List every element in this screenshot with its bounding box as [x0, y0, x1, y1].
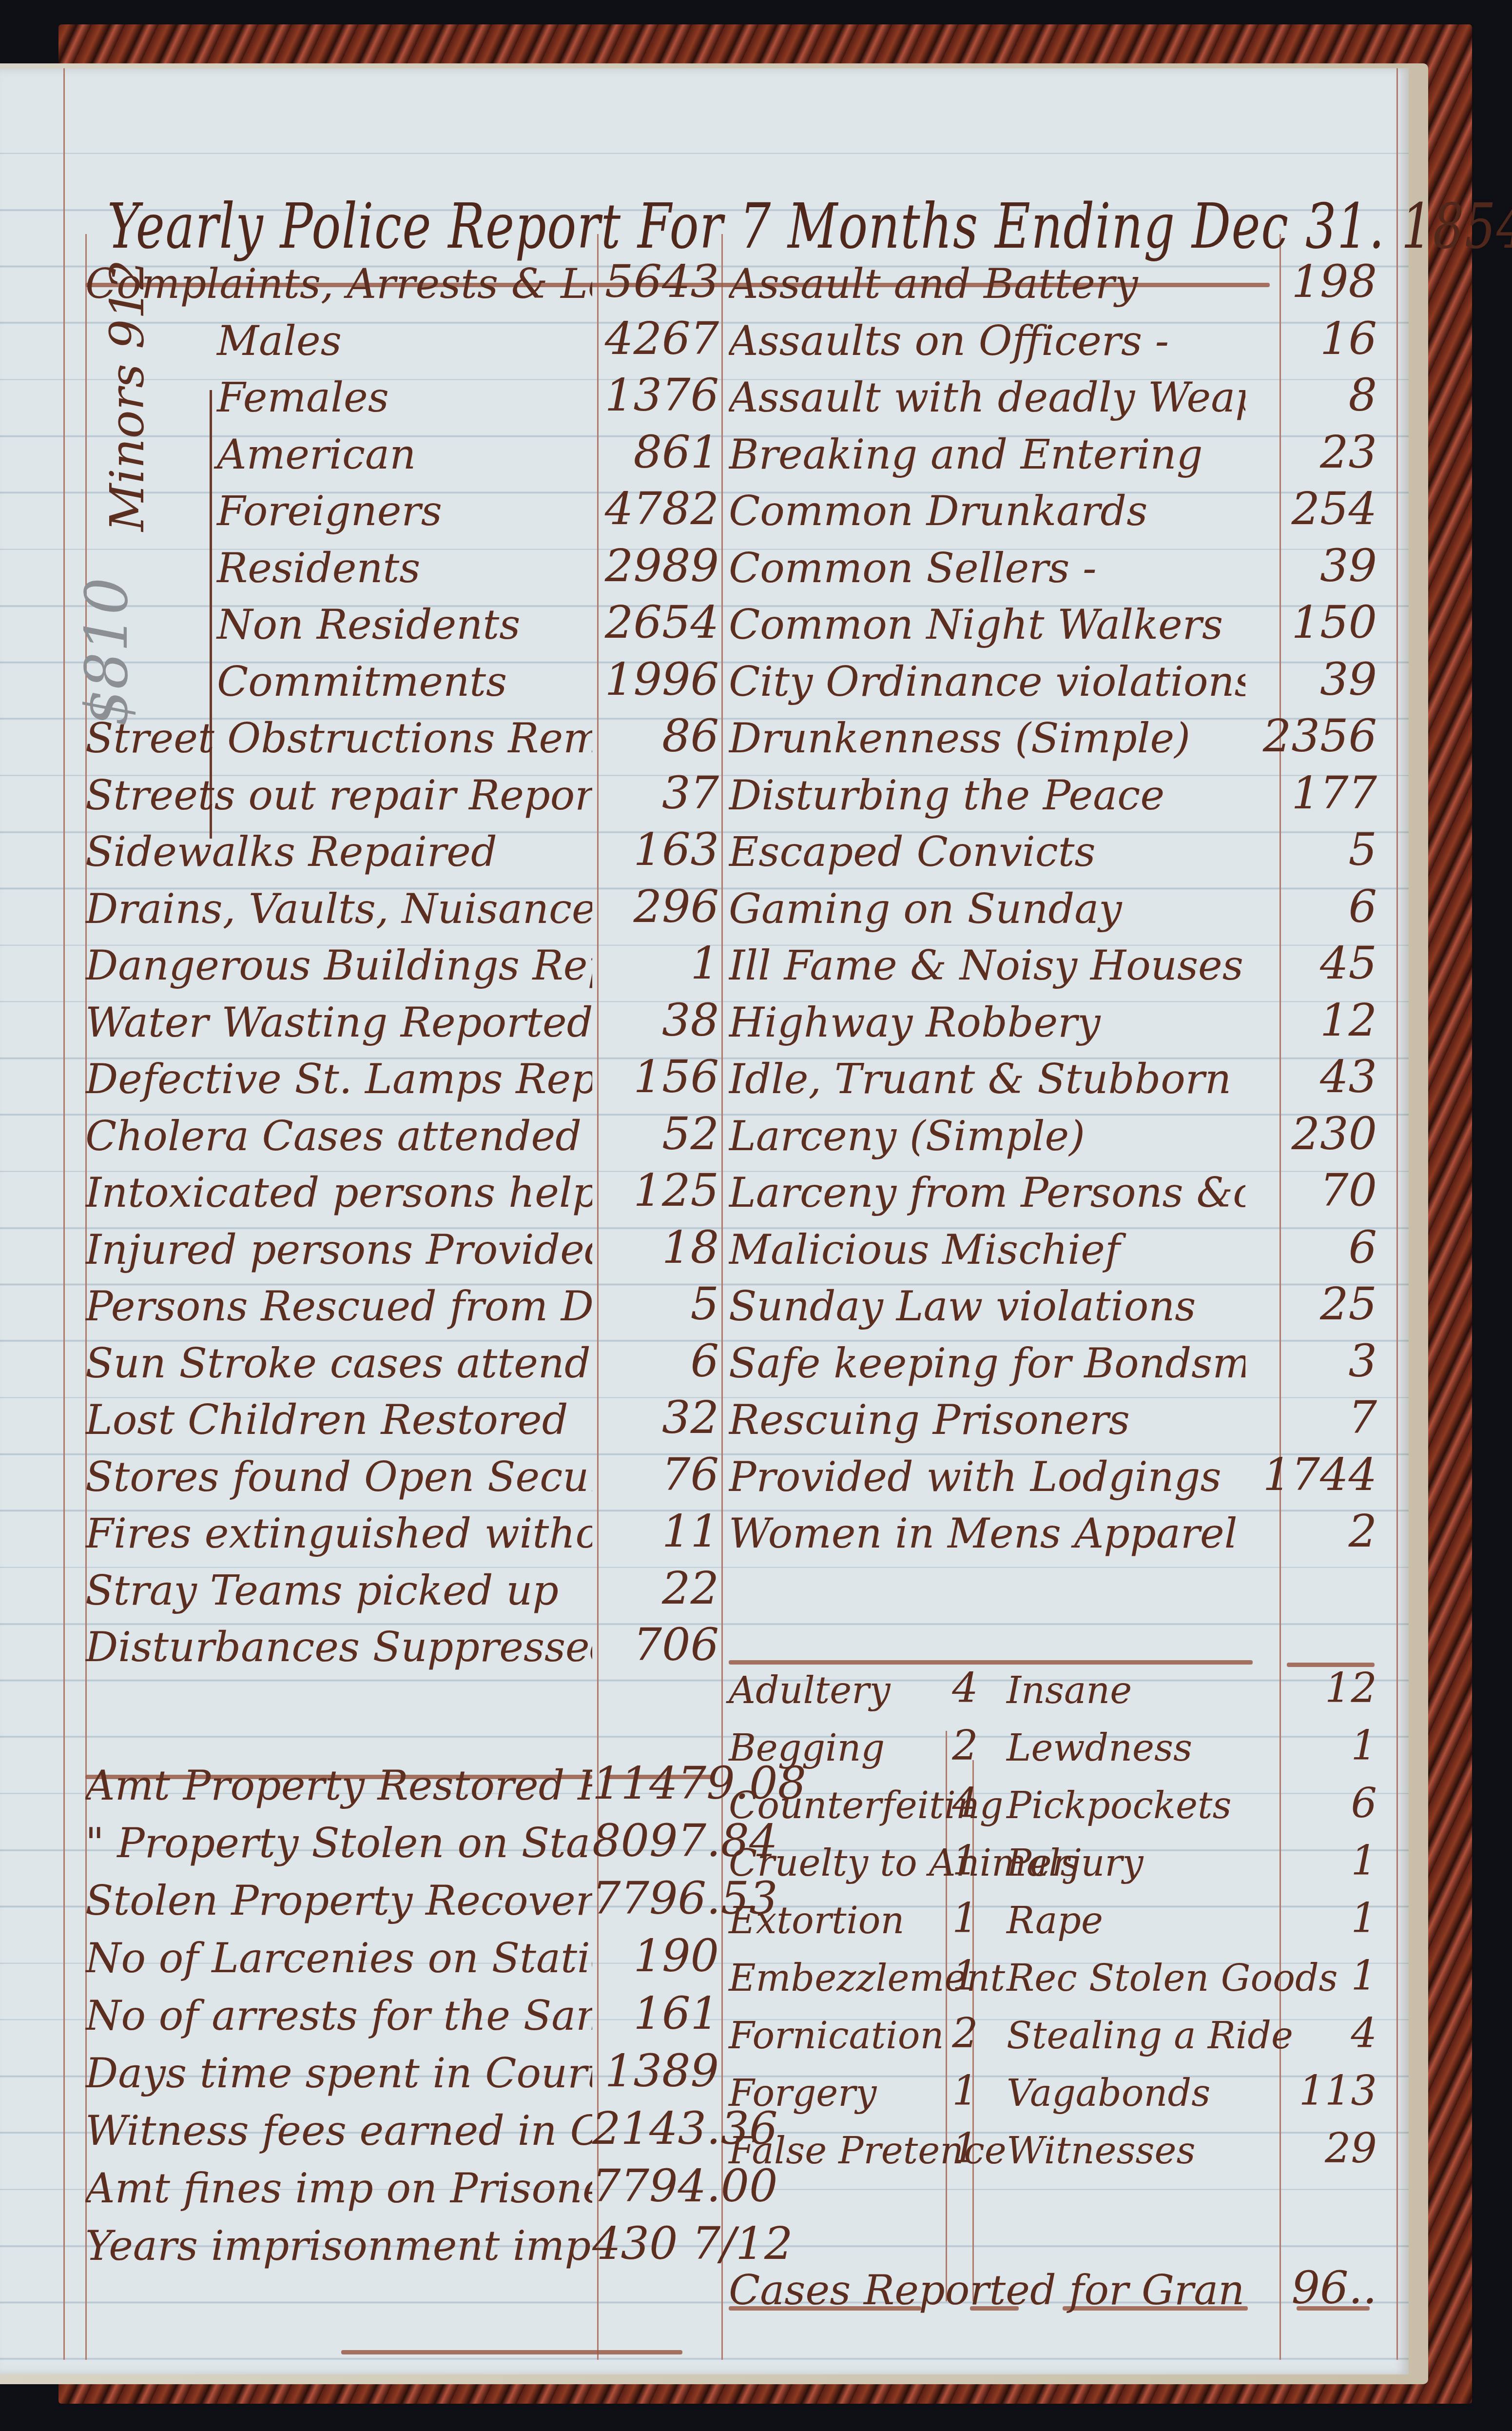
financial-entry-row: " Property Stolen on Station $8097.84 — [85, 1810, 724, 1867]
offense-row-label: Safe keeping for Bondsmen — [729, 1339, 1245, 1387]
left-entry-row: Stray Teams picked up22 — [85, 1558, 724, 1614]
left-entry-row: American861 — [85, 422, 724, 478]
left-entry-row-value: 32 — [592, 1392, 719, 1444]
left-entry-row-label: Males — [85, 317, 592, 365]
offense-subtable-row: Forgery1Vagabonds113 — [729, 2058, 1382, 2115]
offense-b-value: 1 — [1260, 1837, 1377, 1884]
offense-row: Idle, Truant & Stubborn Children43 — [729, 1046, 1382, 1103]
offense-a-label: False Pretence — [729, 2129, 933, 2172]
financial-entry-row-value: 1389 — [592, 2045, 719, 2097]
offense-row-label: Drunkenness (Simple) — [729, 714, 1245, 762]
offense-a-value: 1 — [933, 1837, 997, 1884]
financial-entry-row-label: Stolen Property Recovered $ — [85, 1877, 592, 1924]
left-entry-row-value: 6 — [592, 1335, 719, 1387]
left-entry-row-label: Sun Stroke cases attended to — [85, 1339, 592, 1387]
offense-row-label: Assault and Battery — [729, 260, 1245, 308]
left-entry-row-label: Stores found Open Secured — [85, 1453, 592, 1501]
offense-row-label: City Ordinance violations — [729, 658, 1245, 706]
left-entry-row-value: 5 — [592, 1278, 719, 1330]
financial-entry-row-label: No of Larcenies on Station - — [85, 1934, 592, 1982]
offense-row-value: 6 — [1245, 881, 1377, 933]
left-entry-row-value: 5643 — [592, 255, 719, 308]
left-entry-row-value: 52 — [592, 1108, 719, 1160]
offense-subtable-row: Embezzlement1Rec Stolen Goods1 — [729, 1943, 1382, 2000]
grand-jury-value: 96.. — [1245, 2262, 1377, 2314]
left-entry-row-label: Streets out repair Reported — [85, 771, 592, 819]
offense-a-value: 4 — [933, 1779, 997, 1827]
left-entry-row: Stores found Open Secured76 — [85, 1444, 724, 1501]
grand-jury-row: Cases Reported for Grand Jury 96.. — [729, 2257, 1382, 2314]
offense-b-label: Rec Stolen Goods — [997, 1956, 1260, 2000]
offense-row-label: Common Drunkards — [729, 487, 1245, 535]
financial-entry-row-value: 161 — [592, 1987, 719, 2039]
offense-subtable-row: Fornication2Stealing a Ride4 — [729, 2000, 1382, 2057]
left-entry-row: Water Wasting Reported38 — [85, 990, 724, 1046]
offense-row: Larceny from Persons &c70 — [729, 1160, 1382, 1216]
offense-row-value: 7 — [1245, 1392, 1377, 1444]
offense-row-label: Rescuing Prisoners — [729, 1396, 1245, 1444]
left-entry-row-label: Lost Children Restored — [85, 1396, 592, 1444]
financial-entry-row-value: 8097.84 — [592, 1815, 719, 1867]
offense-b-label: Vagabonds — [997, 2071, 1260, 2115]
offense-a-value: 1 — [933, 2067, 997, 2115]
financial-entry-row: Witness fees earned in Court $2143.36 — [85, 2098, 724, 2155]
offense-a-label: Embezzlement — [729, 1956, 933, 2000]
left-entry-row-label: Disturbances Suppressed — [85, 1623, 592, 1671]
left-entry-row-value: 156 — [592, 1051, 719, 1103]
offense-b-label: Insane — [997, 1668, 1260, 1712]
financial-entry-row-value: 11479.08 — [592, 1757, 719, 1809]
left-entry-row-value: 706 — [592, 1619, 719, 1671]
offense-row-value: 254 — [1245, 483, 1377, 535]
left-entry-row: Streets out repair Reported37 — [85, 763, 724, 819]
financial-entry-row-label: Witness fees earned in Court $ — [85, 2107, 592, 2155]
offense-row-label: Assault with deadly Weapons — [729, 373, 1245, 421]
left-entry-row-label: Complaints, Arrests & Lodgers — [85, 260, 592, 308]
offense-a-label: Extortion — [729, 1899, 933, 1942]
offense-row: Assault and Battery198 — [729, 251, 1382, 308]
left-entry-row-label: Residents — [85, 544, 592, 592]
left-entry-row-label: Foreigners — [85, 487, 592, 535]
financial-entry-row-value: 7794.00 — [592, 2160, 719, 2212]
left-entry-row-label: Drains, Vaults, Nuisances Reported — [85, 885, 592, 933]
offense-row-value: 5 — [1245, 823, 1377, 876]
grand-jury-label: Cases Reported for Grand Jury — [729, 2266, 1245, 2314]
offense-row-value: 70 — [1245, 1164, 1377, 1216]
offense-a-label: Cruelty to Animals — [729, 1841, 933, 1884]
offense-row: Common Night Walkers150 — [729, 592, 1382, 648]
left-entry-row: Complaints, Arrests & Lodgers5643 — [85, 251, 724, 308]
offense-b-value: 4 — [1260, 2009, 1377, 2057]
margin-rule — [63, 68, 65, 2360]
offense-b-value: 113 — [1260, 2067, 1377, 2115]
left-entry-row-value: 1376 — [592, 369, 719, 421]
left-entry-row-value: 37 — [592, 767, 719, 819]
offense-subtable-row: Extortion1Rape1 — [729, 1885, 1382, 1942]
offense-row-value: 39 — [1245, 653, 1377, 706]
left-entry-row-value: 4267 — [592, 313, 719, 365]
offense-row: Highway Robbery12 — [729, 990, 1382, 1046]
left-entry-row: Foreigners4782 — [85, 478, 724, 535]
offense-row-value: 1744 — [1245, 1449, 1377, 1501]
offense-row-label: Provided with Lodgings — [729, 1453, 1245, 1501]
offense-a-value: 1 — [933, 1952, 997, 2000]
left-entry-row: Fires extinguished without Alarm11 — [85, 1501, 724, 1557]
financial-entry-row-label: Amt Property Restored Prisoners $ — [85, 1762, 592, 1809]
offense-row-value: 230 — [1245, 1108, 1377, 1160]
offense-row-label: Ill Fame & Noisy Houses — [729, 941, 1245, 989]
offense-b-value: 1 — [1260, 1952, 1377, 2000]
left-entry-row-label: Persons Rescued from Drowning — [85, 1282, 592, 1330]
offense-subtable-row: Begging2Lewdness1 — [729, 1713, 1382, 1769]
offense-row: Women in Mens Apparel2 — [729, 1501, 1382, 1557]
offense-b-value: 1 — [1260, 1722, 1377, 1769]
left-entry-row: Street Obstructions Removed86 — [85, 706, 724, 762]
offense-row-label: Gaming on Sunday — [729, 885, 1245, 933]
offense-row: Rescuing Prisoners7 — [729, 1387, 1382, 1444]
left-entry-row-label: Commitments — [85, 658, 592, 706]
offense-row-value: 16 — [1245, 313, 1377, 365]
left-entry-row-value: 76 — [592, 1449, 719, 1501]
offense-b-label: Witnesses — [997, 2129, 1260, 2172]
offense-row-value: 45 — [1245, 937, 1377, 989]
left-entry-row: Intoxicated persons helped home125 — [85, 1160, 724, 1216]
offense-row: Provided with Lodgings1744 — [729, 1444, 1382, 1501]
offense-row: Disturbing the Peace177 — [729, 763, 1382, 819]
left-entry-row-value: 38 — [592, 994, 719, 1046]
left-entry-row-label: Defective St. Lamps Reported — [85, 1055, 592, 1103]
left-entry-row-label: Street Obstructions Removed — [85, 714, 592, 762]
left-entry-row: Lost Children Restored32 — [85, 1387, 724, 1444]
offense-subtable-row: Cruelty to Animals1Perjury1 — [729, 1828, 1382, 1884]
left-entry-row-value: 18 — [592, 1221, 719, 1274]
offense-a-value: 1 — [933, 2124, 997, 2172]
financial-entry-row-value: 7796.53 — [592, 1872, 719, 1924]
offense-row-value: 2 — [1245, 1505, 1377, 1557]
offense-a-label: Begging — [729, 1726, 933, 1769]
left-entry-row: Injured persons Provided for18 — [85, 1217, 724, 1274]
offense-row: Gaming on Sunday6 — [729, 876, 1382, 933]
offense-row-label: Common Night Walkers — [729, 601, 1245, 648]
left-entry-row-label: Cholera Cases attended to — [85, 1112, 592, 1160]
left-entry-row-value: 1996 — [592, 653, 719, 706]
left-entry-row: Disturbances Suppressed706 — [85, 1614, 724, 1671]
left-entry-row-value: 22 — [592, 1562, 719, 1614]
left-entry-row-value: 86 — [592, 710, 719, 762]
left-entry-row: Sidewalks Repaired163 — [85, 819, 724, 876]
offense-b-label: Pickpockets — [997, 1784, 1260, 1827]
offense-a-value: 2 — [933, 2009, 997, 2057]
offense-row: Common Sellers -39 — [729, 535, 1382, 592]
financial-entry-row: No of arrests for the Same -161 — [85, 1983, 724, 2039]
financial-entry-row-label: " Property Stolen on Station $ — [85, 1819, 592, 1867]
offense-a-value: 2 — [933, 1722, 997, 1769]
offense-row-value: 23 — [1245, 426, 1377, 478]
left-entry-row-label: Dangerous Buildings Reported — [85, 941, 592, 989]
financial-entry-row: Amt Property Restored Prisoners $11479.0… — [85, 1753, 724, 1809]
financial-entry-row-label: No of arrests for the Same - — [85, 1992, 592, 2039]
offense-a-label: Counterfeiting — [729, 1784, 933, 1827]
offense-row: Assault with deadly Weapons8 — [729, 365, 1382, 421]
left-entry-row: Drains, Vaults, Nuisances Reported296 — [85, 876, 724, 933]
left-entry-row-label: Females — [85, 373, 592, 421]
left-entry-row-value: 4782 — [592, 483, 719, 535]
offense-row: Malicious Mischief6 — [729, 1217, 1382, 1274]
left-entry-row-value: 2654 — [592, 596, 719, 648]
offense-row: Assaults on Officers -16 — [729, 308, 1382, 365]
left-entry-row: Dangerous Buildings Reported1 — [85, 933, 724, 989]
financial-entry-row-value: 2143.36 — [592, 2102, 719, 2155]
offense-a-label: Forgery — [729, 2071, 933, 2115]
offense-a-label: Fornication — [729, 2014, 933, 2057]
offense-row-label: Escaped Convicts — [729, 828, 1245, 876]
financial-entry-row: Amt fines imp on Prisoners $7794.00 — [85, 2156, 724, 2212]
offense-subtable-row: False Pretence1Witnesses29 — [729, 2116, 1382, 2172]
financial-entry-row: Days time spent in Court1389 — [85, 2040, 724, 2097]
offense-row-label: Malicious Mischief — [729, 1226, 1245, 1274]
left-entry-row: Commitments1996 — [85, 649, 724, 706]
left-entry-row-value: 11 — [592, 1505, 719, 1557]
offense-a-label: Adultery — [729, 1668, 933, 1712]
offense-row-value: 177 — [1245, 767, 1377, 819]
offense-row-label: Disturbing the Peace — [729, 771, 1245, 819]
offense-b-label: Lewdness — [997, 1726, 1260, 1769]
offense-row-value: 8 — [1245, 369, 1377, 421]
offense-row: Safe keeping for Bondsmen3 — [729, 1331, 1382, 1387]
left-entry-row: Females1376 — [85, 365, 724, 421]
offense-row-value: 25 — [1245, 1278, 1377, 1330]
financial-entry-row-label: Days time spent in Court — [85, 2049, 592, 2097]
left-entry-row: Defective St. Lamps Reported156 — [85, 1046, 724, 1103]
offense-a-value: 1 — [933, 1894, 997, 1942]
offense-a-value: 4 — [933, 1664, 997, 1712]
left-entry-row-value: 163 — [592, 823, 719, 876]
left-entry-row-value: 1 — [592, 937, 719, 989]
offense-row: Larceny (Simple)230 — [729, 1103, 1382, 1160]
financial-entry-row: Stolen Property Recovered $7796.53 — [85, 1868, 724, 1924]
offense-row-label: Larceny from Persons &c — [729, 1169, 1245, 1216]
left-entry-row-label: Intoxicated persons helped home — [85, 1169, 592, 1216]
offense-row: Common Drunkards254 — [729, 478, 1382, 535]
offense-row-label: Highway Robbery — [729, 999, 1245, 1046]
left-entry-row-label: Non Residents — [85, 601, 592, 648]
offense-b-value: 12 — [1260, 1664, 1377, 1712]
offense-row-value: 198 — [1245, 255, 1377, 308]
offense-row-value: 2356 — [1245, 710, 1377, 762]
offense-row-value: 39 — [1245, 540, 1377, 592]
offense-b-label: Stealing a Ride — [997, 2014, 1260, 2057]
offense-row-value: 43 — [1245, 1051, 1377, 1103]
financial-entry-row-value: 430 7/12 — [592, 2217, 719, 2270]
left-entry-row-label: Fires extinguished without Alarm — [85, 1510, 592, 1557]
left-entry-row-label: Injured persons Provided for — [85, 1226, 592, 1274]
left-entry-row-value: 861 — [592, 426, 719, 478]
offense-b-label: Rape — [997, 1899, 1260, 1942]
financial-entry-row-label: Years imprisonment imposed — [85, 2222, 592, 2270]
offense-b-label: Perjury — [997, 1841, 1260, 1884]
left-entry-row-label: Stray Teams picked up — [85, 1567, 592, 1614]
offense-row: City Ordinance violations39 — [729, 649, 1382, 706]
offense-b-value: 6 — [1260, 1779, 1377, 1827]
offense-row: Ill Fame & Noisy Houses45 — [729, 933, 1382, 989]
left-entry-row: Residents2989 — [85, 535, 724, 592]
offense-row-value: 6 — [1245, 1221, 1377, 1274]
left-entry-row: Sun Stroke cases attended to6 — [85, 1331, 724, 1387]
financial-entry-row-label: Amt fines imp on Prisoners $ — [85, 2164, 592, 2212]
financial-entry-row: Years imprisonment imposed430 7/12 — [85, 2213, 724, 2270]
offense-row-label: Women in Mens Apparel — [729, 1510, 1245, 1557]
financial-entry-row-value: 190 — [592, 1930, 719, 1982]
offense-subtable-row: Adultery4Insane12 — [729, 1655, 1382, 1712]
left-entry-row: Cholera Cases attended to52 — [85, 1103, 724, 1160]
left-entry-row: Non Residents2654 — [85, 592, 724, 648]
left-entry-row-label: Sidewalks Repaired — [85, 828, 592, 876]
offense-row-label: Breaking and Entering — [729, 431, 1245, 478]
offense-row-value: 12 — [1245, 994, 1377, 1046]
final-double-rule-1 — [341, 2350, 682, 2354]
left-entry-row-value: 296 — [592, 881, 719, 933]
left-entry-row-value: 125 — [592, 1164, 719, 1216]
offense-row-label: Idle, Truant & Stubborn Children — [729, 1055, 1245, 1103]
right-edge-rule — [1396, 68, 1398, 2360]
offense-row: Breaking and Entering23 — [729, 422, 1382, 478]
financial-entry-row: No of Larcenies on Station -190 — [85, 1925, 724, 1982]
left-entry-row-value: 2989 — [592, 540, 719, 592]
left-entry-row-label: Water Wasting Reported — [85, 999, 592, 1046]
offense-row-label: Assaults on Officers - — [729, 317, 1245, 365]
offense-b-value: 1 — [1260, 1894, 1377, 1942]
left-entry-row: Males4267 — [85, 308, 724, 365]
offense-row: Drunkenness (Simple)2356 — [729, 706, 1382, 762]
offense-row-label: Larceny (Simple) — [729, 1112, 1245, 1160]
offense-row: Escaped Convicts5 — [729, 819, 1382, 876]
offense-row-value: 150 — [1245, 596, 1377, 648]
offense-b-value: 29 — [1260, 2124, 1377, 2172]
left-entry-row: Persons Rescued from Drowning5 — [85, 1274, 724, 1330]
offense-row-label: Common Sellers - — [729, 544, 1245, 592]
offense-row-value: 3 — [1245, 1335, 1377, 1387]
offense-row: Sunday Law violations25 — [729, 1274, 1382, 1330]
left-entry-row-label: American — [85, 431, 592, 478]
offense-subtable-row: Counterfeiting4Pickpockets6 — [729, 1770, 1382, 1827]
offense-row-label: Sunday Law violations — [729, 1282, 1245, 1330]
